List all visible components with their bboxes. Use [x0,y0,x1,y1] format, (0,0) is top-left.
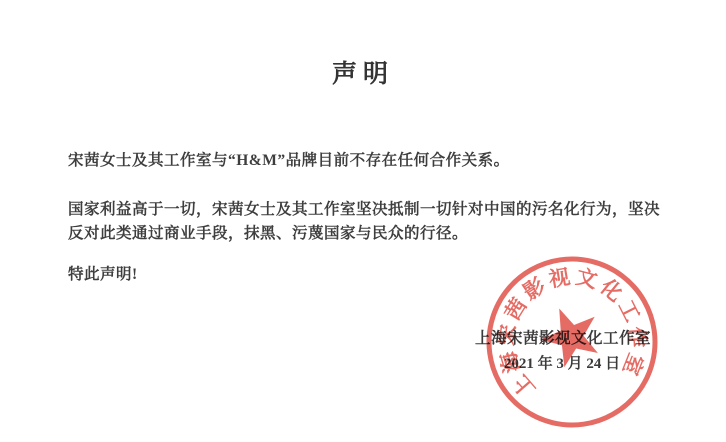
paragraph-national-interest: 国家利益高于一切，宋茜女士及其工作室坚决抵制一切针对中国的污名化行为，坚决反对此… [68,198,668,245]
signature-studio-name: 上海宋茜影视文化工作室 [445,326,651,348]
closing-statement: 特此声明! [68,263,668,287]
document-title: 声明 [0,54,726,90]
signature-block: 上海宋茜影视文化工作室 2021 年 3 月 24 日 [445,326,651,373]
signature-date: 2021 年 3 月 24 日 [459,352,665,373]
paragraph-cooperation: 宋茜女士及其工作室与“H&M”品牌目前不存在任何合作关系。 [68,149,668,173]
statement-document: 声明 宋茜女士及其工作室与“H&M”品牌目前不存在任何合作关系。 国家利益高于一… [0,0,726,442]
